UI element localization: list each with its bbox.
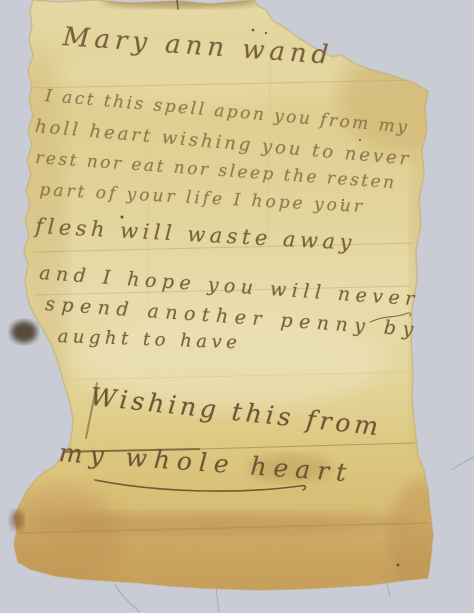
torn-edge-shadow-lower	[10, 510, 24, 530]
top-ink-stroke	[177, 0, 178, 9]
photo-background: Mary ann wand I act this spell apon you …	[0, 0, 474, 613]
torn-edge-shadow	[11, 321, 37, 343]
